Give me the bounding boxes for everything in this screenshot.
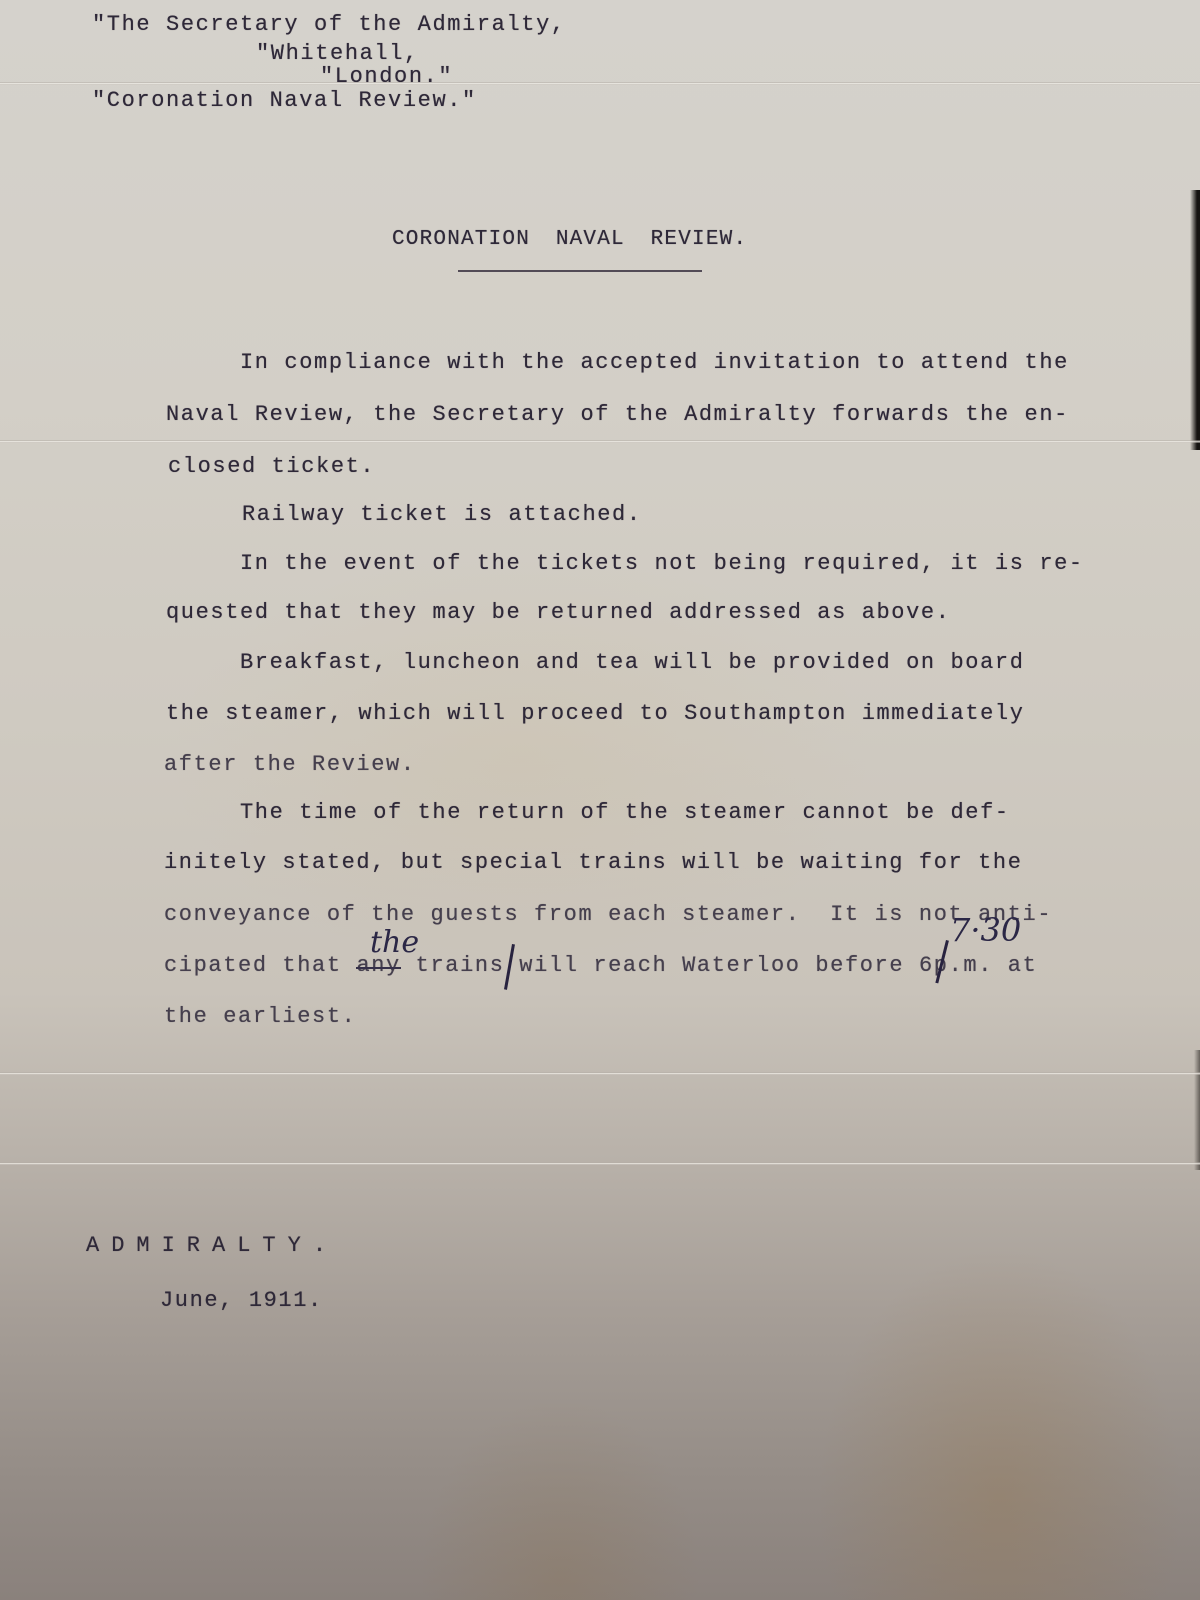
document-date: June, 1911.	[160, 1290, 323, 1312]
fold-crease	[0, 1072, 1200, 1075]
body-line: The time of the return of the steamer ca…	[240, 802, 1010, 824]
fold-crease	[0, 440, 1200, 443]
edited-text-before: cipated that	[164, 953, 356, 978]
body-line: initely stated, but special trains will …	[164, 852, 1023, 874]
body-line: Railway ticket is attached.	[242, 504, 642, 526]
title-underline	[458, 270, 702, 272]
address-line-secretary: "The Secretary of the Admiralty,	[92, 14, 566, 36]
edited-word-train: train	[416, 953, 490, 978]
edited-text-after: will reach Waterloo before	[505, 953, 919, 978]
body-line: closed ticket.	[168, 456, 375, 478]
address-line-london: "London."	[320, 66, 453, 88]
body-line: conveyance of the guests from each steam…	[164, 904, 1052, 926]
body-line: Breakfast, luncheon and tea will be prov…	[240, 652, 1025, 674]
address-line-whitehall: "Whitehall,	[256, 43, 419, 65]
body-line: In compliance with the accepted invitati…	[240, 352, 1069, 374]
handwritten-insert-time: 7·30	[950, 914, 1021, 946]
struck-time-6: 6	[919, 953, 934, 978]
fold-crease	[0, 82, 1200, 85]
signature-admiralty: ADMIRALTY.	[86, 1235, 338, 1257]
fold-crease	[0, 1162, 1200, 1165]
body-line: In the event of the tickets not being re…	[240, 553, 1084, 575]
page-edge-shadow-lower	[1194, 1050, 1200, 1170]
body-line: quested that they may be returned addres…	[166, 602, 951, 624]
struck-letter-s: s	[490, 953, 505, 978]
body-line: the earliest.	[164, 1006, 356, 1028]
document-title: CORONATION NAVAL REVIEW.	[392, 229, 747, 250]
body-line-edited: cipated that any trains will reach Water…	[164, 955, 1037, 977]
handwritten-insert-the: the	[370, 928, 419, 958]
address-line-telegram: "Coronation Naval Review."	[92, 90, 477, 112]
time-suffix: p.m. at	[934, 953, 1038, 978]
body-line: the steamer, which will proceed to South…	[166, 703, 1025, 725]
body-line: after the Review.	[164, 754, 416, 776]
body-line: Naval Review, the Secretary of the Admir…	[166, 404, 1069, 426]
page-edge-shadow	[1190, 190, 1200, 450]
